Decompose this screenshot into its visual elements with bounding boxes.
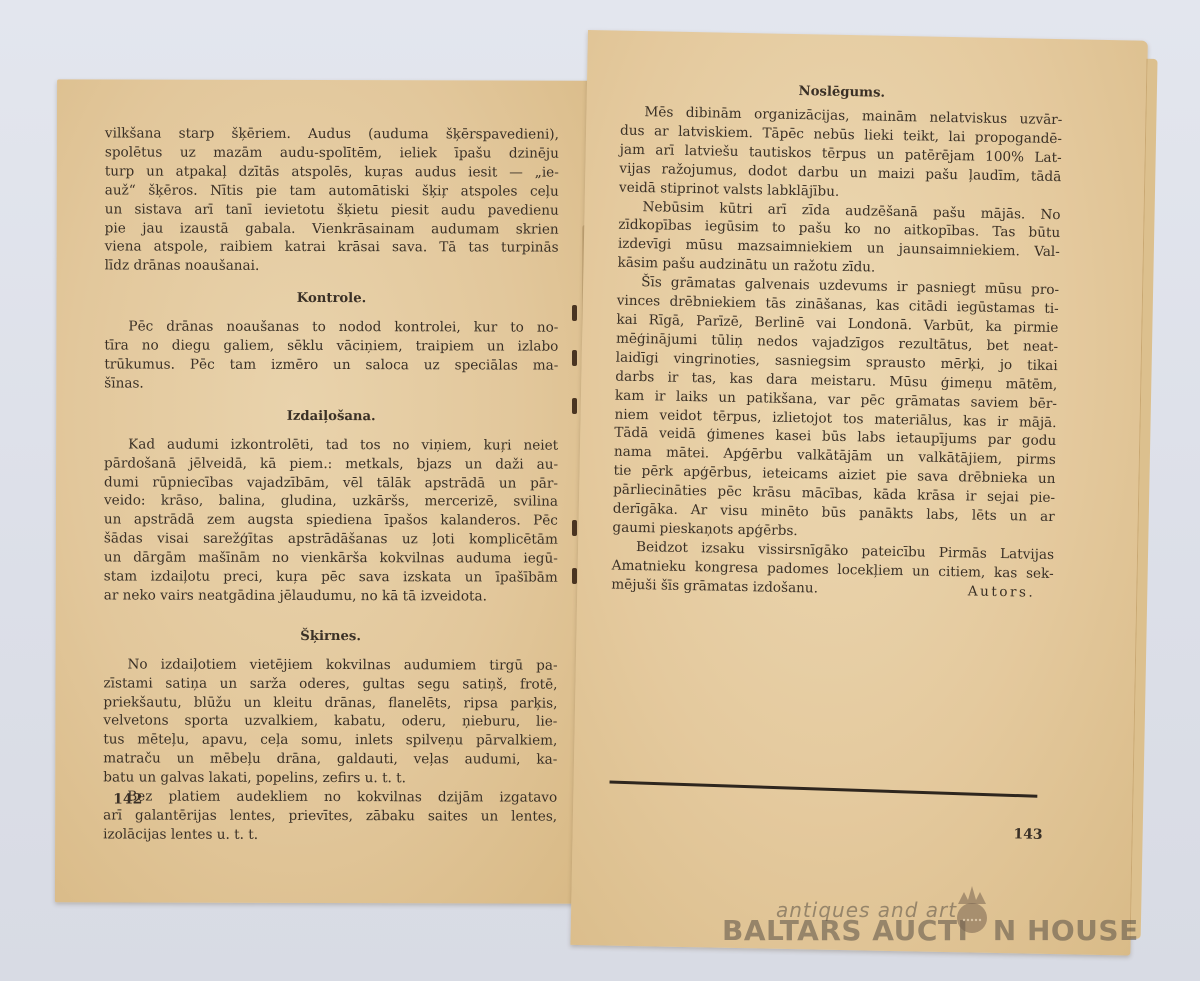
text-line: spolētus uz mazām audu-spolītēm, ieliek …: [105, 143, 559, 163]
text-line: priekšautu, blūžu un kleitu drānas, flan…: [103, 693, 557, 713]
text-line: batu un galvas lakati, popelins, zefirs …: [103, 769, 557, 789]
paragraph: Pēc drānas noaušanas to nodod kontrolei,…: [104, 318, 558, 395]
text-line: trūkumus. Pēc tam izmēro un saloca uz sp…: [104, 355, 558, 375]
left-page-text: vilkšana starp šķēriem. Audus (auduma šķ…: [103, 124, 559, 845]
paragraph: Nebūsim kūtri arī zīda audzēšanā pašu mā…: [617, 197, 1060, 281]
binding-stitch: [572, 398, 577, 414]
text-line: tīra no diegu galiem, sēklu vāciņiem, tr…: [104, 336, 558, 356]
auction-house-watermark: antiques and art BALTARS AUCTI N HOUSE: [722, 898, 1122, 958]
paragraph: No izdaiļotiem vietējiem kokvilnas audum…: [103, 655, 557, 789]
text-line: tus mēteļu, apavu, ceļa somu, inlets spi…: [103, 731, 557, 751]
text-line-content: mējuši šīs grāmatas izdošanu.: [611, 576, 818, 596]
crown-icon: [954, 884, 990, 936]
binding-stitch: [572, 305, 577, 321]
text-line: No izdaiļotiem vietējiem kokvilnas audum…: [104, 655, 558, 675]
text-line: turp un atpakaļ dzītās atspolēs, kuŗas a…: [105, 162, 559, 182]
text-line: un sistava arī tanī ievietotu šķietu pie…: [105, 200, 559, 220]
text-line: zīstami satiņa un sarža oderes, gultas s…: [103, 674, 557, 694]
binding-stitch: [572, 520, 577, 536]
text-line: šādas visai sarežģītas apstrādāšanas uz …: [104, 530, 558, 550]
page-number-right: 143: [1013, 826, 1043, 843]
text-line: veido: krāso, balina, gludina, uzkāršs, …: [104, 492, 558, 512]
right-page: Noslēgums. Mēs dibinām organizācijas, ma…: [570, 30, 1147, 956]
author-signature: Autors.: [968, 582, 1036, 602]
text-line: matraču un mēbeļu drāna, galdauti, veļas…: [103, 750, 557, 770]
binding-stitch: [572, 350, 577, 366]
right-page-text: Mēs dibinām organizācijas, mainām nelatv…: [611, 103, 1062, 603]
paragraph: Bez platiem audekliem no kokvilnas dzijā…: [103, 788, 557, 846]
text-line: un apstrādā zem augsta spiediena īpašos …: [104, 511, 558, 531]
text-line: Pēc drānas noaušanas to nodod kontrolei,…: [104, 318, 558, 338]
page-number-left: 142: [113, 791, 142, 807]
section-heading-kontrole: Kontrole.: [104, 290, 558, 310]
section-heading-skirnes: Šķirnes.: [104, 627, 558, 647]
paragraph: Beidzot izsaku vissirsnīgāko pateicību P…: [611, 537, 1054, 602]
watermark-title: BALTARS AUCTI N HOUSE: [722, 914, 1139, 947]
text-line: šīnas.: [104, 374, 558, 394]
section-heading-nosleegums: Noslēgums.: [621, 81, 1063, 104]
text-line: vilkšana starp šķēriem. Audus (auduma šķ…: [105, 124, 559, 144]
paragraph: Mēs dibinām organizācijas, mainām nelatv…: [619, 103, 1063, 206]
text-line: velvetons sporta uzvalkiem, kabatu, oder…: [103, 712, 557, 732]
text-line: Kad audumi izkontrolēti, tad tos no viņi…: [104, 435, 558, 455]
text-line: un dārgām mašīnām no vienkārša kokvilnas…: [104, 549, 558, 569]
section-heading-izdailosana: Izdaiļošana.: [104, 407, 558, 427]
binding-stitch: [572, 568, 577, 584]
text-line: līdz drānas noaušanai.: [105, 257, 559, 277]
paragraph: Kad audumi izkontrolēti, tad tos no viņi…: [104, 435, 558, 606]
text-line: stam izdaiļotu preci, kuŗa pēc sava izsk…: [104, 567, 558, 587]
text-line: arī galantērijas lentes, prievītes, zāba…: [103, 806, 557, 826]
text-line: viena atspole, raibiem katrai krāsai sav…: [105, 238, 559, 258]
text-line: izolācijas lentes u. t. t.: [103, 825, 557, 845]
page-stack-edge: [1130, 59, 1158, 939]
text-line: ar neko vairs neatgādina jēlaudumu, no k…: [104, 586, 558, 606]
paragraph: Šīs grāmatas galvenais uzdevums ir pasni…: [612, 273, 1059, 546]
intro-paragraph: vilkšana starp šķēriem. Audus (auduma šķ…: [105, 124, 559, 276]
text-line: pie jau izaustā gabala. Vienkrāsainam au…: [105, 219, 559, 239]
left-page: vilkšana starp šķēriem. Audus (auduma šķ…: [55, 79, 587, 903]
text-line: Bez platiem audekliem no kokvilnas dzijā…: [103, 788, 557, 808]
end-rule-divider: [609, 781, 1037, 798]
text-line: auž“ šķēros. Nītis pie tam automātiski š…: [105, 181, 559, 201]
text-line: pārdošanā jēlveidā, kā piem.: metkals, b…: [104, 454, 558, 474]
open-book: vilkšana starp šķēriem. Audus (auduma šķ…: [0, 0, 1200, 981]
text-line: dumi rūpniecības vajadzībām, vēl tālāk a…: [104, 473, 558, 493]
